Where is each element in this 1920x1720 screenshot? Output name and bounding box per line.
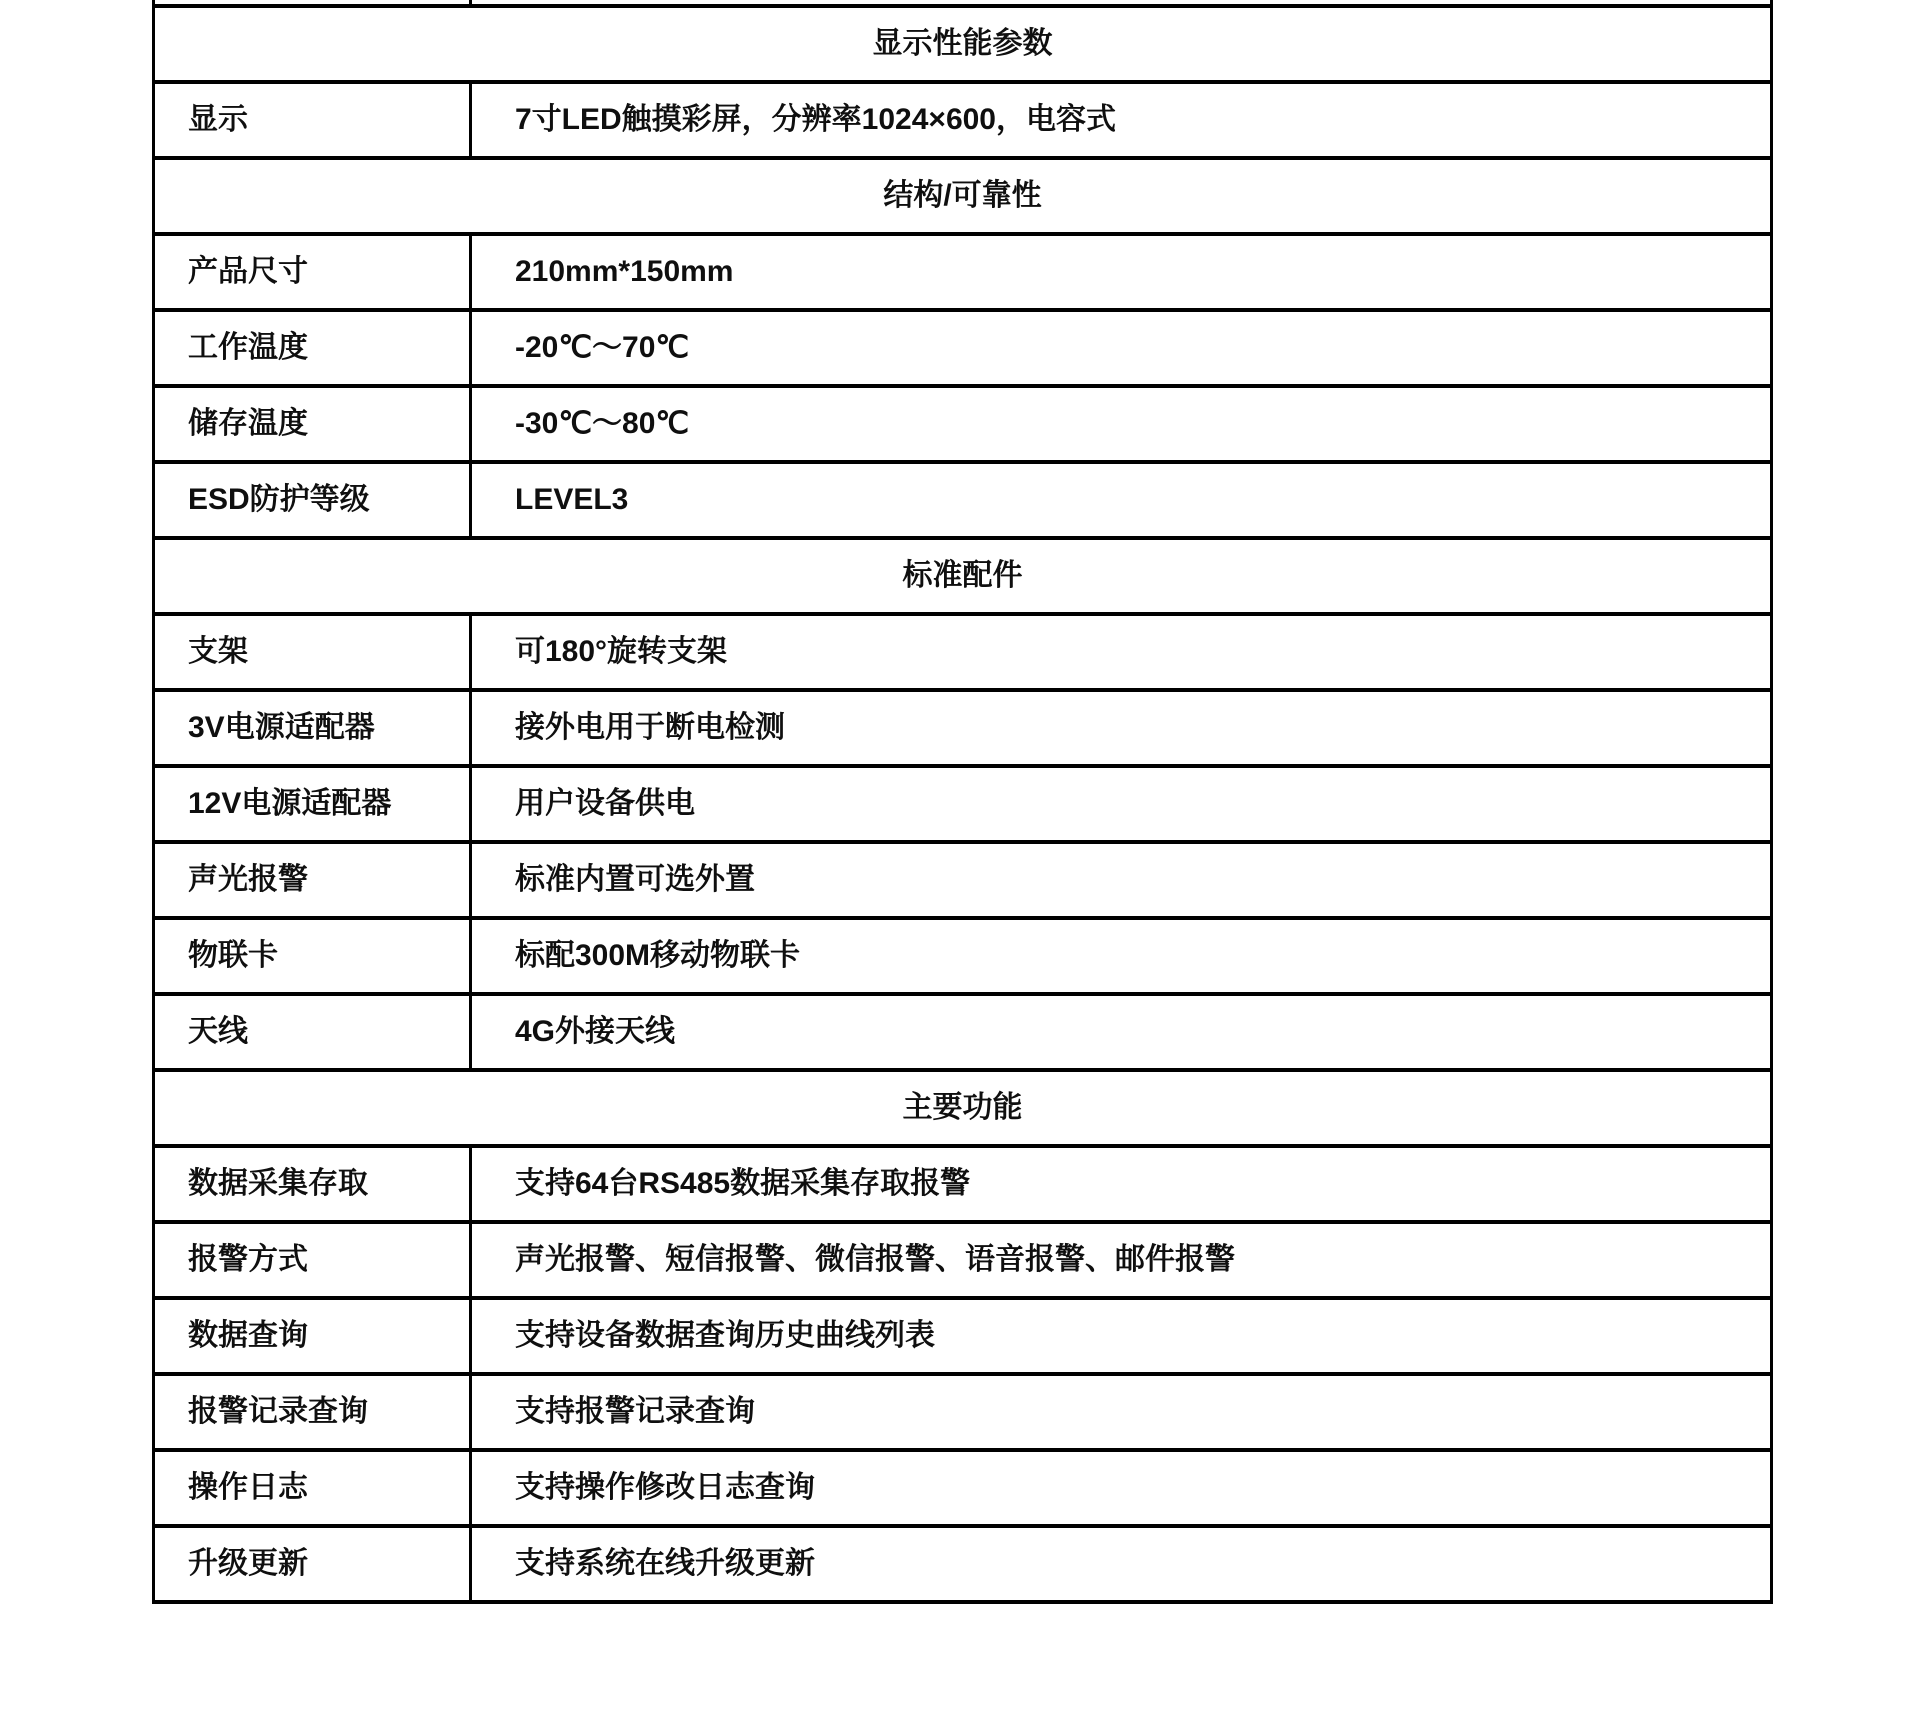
spec-row: 声光报警 标准内置可选外置 — [154, 842, 1772, 918]
spec-label: 工作温度 — [154, 310, 471, 386]
spec-value: -20℃～70℃ — [471, 310, 1772, 386]
spec-value: 7寸LED触摸彩屏，分辨率1024×600，电容式 — [471, 82, 1772, 158]
spec-label: 报警方式 — [154, 1222, 471, 1298]
spec-label: 产品尺寸 — [154, 234, 471, 310]
spec-label: 天线 — [154, 994, 471, 1070]
spec-row: 数据查询 支持设备数据查询历史曲线列表 — [154, 1298, 1772, 1374]
spec-row: ESD防护等级 LEVEL3 — [154, 462, 1772, 538]
spec-row: 工作温度 -20℃～70℃ — [154, 310, 1772, 386]
spec-row: 报警方式 声光报警、短信报警、微信报警、语音报警、邮件报警 — [154, 1222, 1772, 1298]
spec-value: 支持系统在线升级更新 — [471, 1526, 1772, 1602]
spec-value: LEVEL3 — [471, 462, 1772, 538]
spec-label: 声光报警 — [154, 842, 471, 918]
spec-value: 标配300M移动物联卡 — [471, 918, 1772, 994]
product-spec-table: 显示性能参数 显示 7寸LED触摸彩屏，分辨率1024×600，电容式 结构/可… — [152, 4, 1773, 1604]
spec-row: 天线 4G外接天线 — [154, 994, 1772, 1070]
spec-row: 支架 可180°旋转支架 — [154, 614, 1772, 690]
spec-value: 4G外接天线 — [471, 994, 1772, 1070]
spec-value: 接外电用于断电检测 — [471, 690, 1772, 766]
spec-value: 支持64台RS485数据采集存取报警 — [471, 1146, 1772, 1222]
section-header-row: 标准配件 — [154, 538, 1772, 614]
section-header-row: 显示性能参数 — [154, 6, 1772, 82]
spec-label: 数据采集存取 — [154, 1146, 471, 1222]
spec-row: 储存温度 -30℃～80℃ — [154, 386, 1772, 462]
section-title: 标准配件 — [154, 538, 1772, 614]
spec-sheet-page: 显示性能参数 显示 7寸LED触摸彩屏，分辨率1024×600，电容式 结构/可… — [0, 0, 1920, 1720]
spec-row: 显示 7寸LED触摸彩屏，分辨率1024×600，电容式 — [154, 82, 1772, 158]
spec-label: 物联卡 — [154, 918, 471, 994]
spec-row: 3V电源适配器 接外电用于断电检测 — [154, 690, 1772, 766]
spec-row: 操作日志 支持操作修改日志查询 — [154, 1450, 1772, 1526]
spec-row: 物联卡 标配300M移动物联卡 — [154, 918, 1772, 994]
spec-value: 可180°旋转支架 — [471, 614, 1772, 690]
spec-row: 报警记录查询 支持报警记录查询 — [154, 1374, 1772, 1450]
spec-row: 12V电源适配器 用户设备供电 — [154, 766, 1772, 842]
spec-value: 标准内置可选外置 — [471, 842, 1772, 918]
spec-value: -30℃～80℃ — [471, 386, 1772, 462]
section-header-row: 结构/可靠性 — [154, 158, 1772, 234]
spec-value: 支持报警记录查询 — [471, 1374, 1772, 1450]
spec-value: 支持设备数据查询历史曲线列表 — [471, 1298, 1772, 1374]
spec-label: 12V电源适配器 — [154, 766, 471, 842]
spec-value: 210mm*150mm — [471, 234, 1772, 310]
spec-row: 数据采集存取 支持64台RS485数据采集存取报警 — [154, 1146, 1772, 1222]
spec-label: 3V电源适配器 — [154, 690, 471, 766]
spec-value: 支持操作修改日志查询 — [471, 1450, 1772, 1526]
section-title: 显示性能参数 — [154, 6, 1772, 82]
spec-value: 声光报警、短信报警、微信报警、语音报警、邮件报警 — [471, 1222, 1772, 1298]
spec-label: 储存温度 — [154, 386, 471, 462]
spec-value: 用户设备供电 — [471, 766, 1772, 842]
spec-label: 升级更新 — [154, 1526, 471, 1602]
spec-label: 操作日志 — [154, 1450, 471, 1526]
section-title: 结构/可靠性 — [154, 158, 1772, 234]
spec-label: 显示 — [154, 82, 471, 158]
spec-row: 升级更新 支持系统在线升级更新 — [154, 1526, 1772, 1602]
section-title: 主要功能 — [154, 1070, 1772, 1146]
spec-label: 支架 — [154, 614, 471, 690]
spec-label: 数据查询 — [154, 1298, 471, 1374]
spec-label: ESD防护等级 — [154, 462, 471, 538]
spec-label: 报警记录查询 — [154, 1374, 471, 1450]
section-header-row: 主要功能 — [154, 1070, 1772, 1146]
spec-row: 产品尺寸 210mm*150mm — [154, 234, 1772, 310]
